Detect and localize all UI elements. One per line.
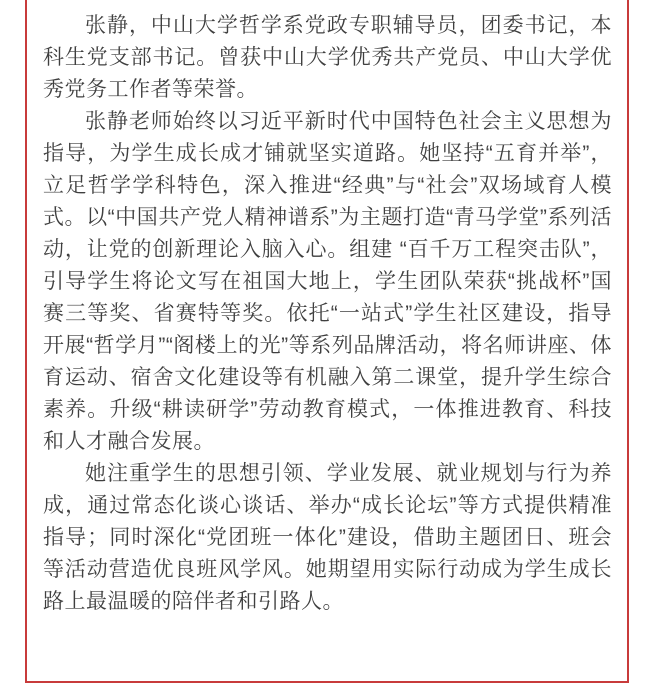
article-content: 张静，中山大学哲学系党政专职辅导员，团委书记，本科生党支部书记。曾获中山大学优秀… bbox=[27, 0, 627, 681]
article-frame: 张静，中山大学哲学系党政专职辅导员，团委书记，本科生党支部书记。曾获中山大学优秀… bbox=[25, 0, 629, 683]
paragraph-guidance: 她注重学生的思想引领、学业发展、就业规划与行为养成，通过常态化谈心谈话、举办“成… bbox=[43, 458, 612, 618]
paragraph-work: 张静老师始终以习近平新时代中国特色社会主义思想为指导，为学生成长成才铺就坚实道路… bbox=[43, 106, 612, 458]
paragraph-intro: 张静，中山大学哲学系党政专职辅导员，团委书记，本科生党支部书记。曾获中山大学优秀… bbox=[43, 10, 612, 106]
page: { "page": { "background_color": "#ffffff… bbox=[0, 0, 669, 699]
